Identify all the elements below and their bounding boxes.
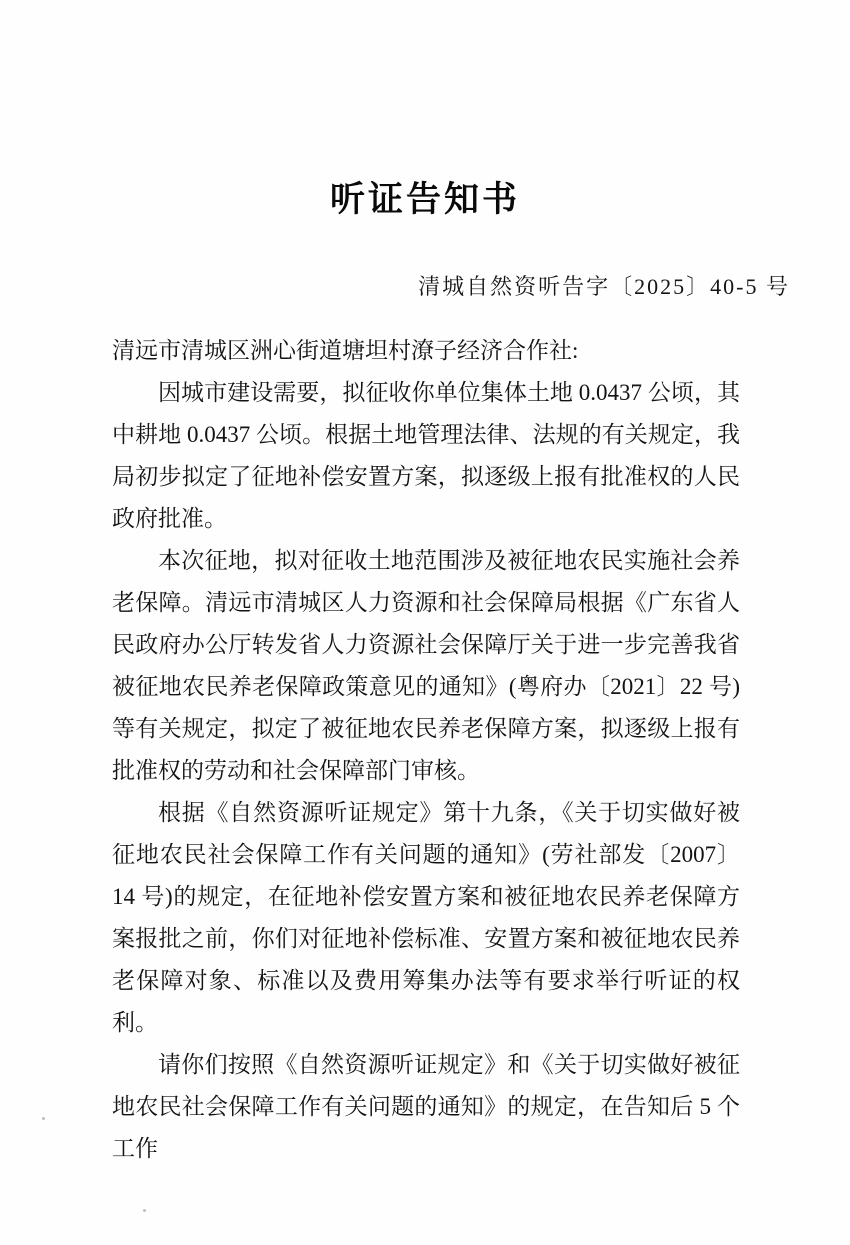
document-number: 清城自然资听告字〔2025〕40-5 号 bbox=[418, 271, 790, 303]
scan-speck bbox=[143, 1209, 146, 1212]
scan-speck bbox=[42, 1117, 45, 1120]
paragraph-hearing-rights: 根据《自然资源听证规定》第十九条，《关于切实做好被征地农民社会保障工作有关问题的… bbox=[112, 792, 740, 1044]
paragraph-hearing-instructions: 请你们按照《自然资源听证规定》和《关于切实做好被征地农民社会保障工作有关问题的通… bbox=[112, 1044, 740, 1170]
addressee-line: 清远市清城区洲心街道塘坦村潦子经济合作社: bbox=[112, 330, 740, 372]
document-body: 清远市清城区洲心街道塘坦村潦子经济合作社: 因城市建设需要，拟征收你单位集体土地… bbox=[112, 330, 740, 1170]
document-title: 听证告知书 bbox=[0, 178, 850, 222]
paragraph-land-acquisition: 因城市建设需要，拟征收你单位集体土地 0.0437 公顷，其中耕地 0.0437… bbox=[112, 372, 740, 540]
paragraph-social-security-plan: 本次征地，拟对征收土地范围涉及被征地农民实施社会养老保障。清远市清城区人力资源和… bbox=[112, 540, 740, 792]
document-page: 听证告知书 清城自然资听告字〔2025〕40-5 号 清远市清城区洲心街道塘坦村… bbox=[0, 0, 850, 1245]
